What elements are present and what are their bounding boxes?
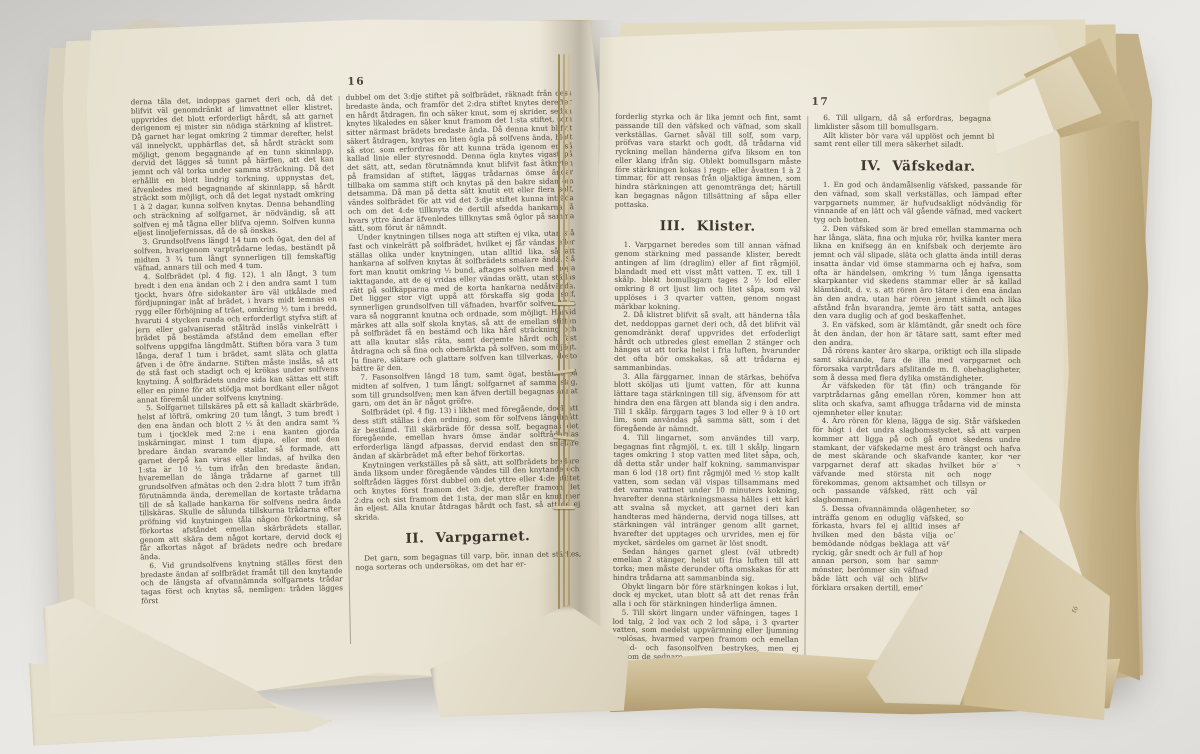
paragraph: 5. Solfgarnet tillskäres på ett så kalla… [137,400,342,562]
section-heading-varpgarnet: II. Varpgarnet. [355,527,581,548]
paragraph: Då rörens kanter äro skarpa, oriktigt oc… [813,347,1021,383]
paragraph: 1. En god och ändamålsenlig väfsked, pas… [814,181,1022,226]
paragraph: 1. Varpgarnet beredes som till annan väf… [614,241,800,312]
paragraph: Under knytningen tillses noga att stifte… [348,229,577,374]
left-page-column-2: dubbel om det 3:dje stiftet på solfbräde… [346,89,584,660]
left-col2-after: Det garn, som begagnas till varp, bör, i… [355,550,581,572]
paragraph: 4. Till lingarnet, som användes till var… [613,434,800,549]
paragraph: Är väfskeden för tät (fin) och trängande… [813,382,1021,418]
left-page-column-1: derna tåla det, indoppas garnet deri och… [131,94,345,650]
section-heading-klister: III. Klister. [615,218,801,235]
paragraph: Sedan hänges garnet glest (väl utbredt) … [613,547,799,583]
left-page: 16 derna tåla det, indoppas garnet deri … [83,15,611,696]
left-page-number: 16 [130,71,582,92]
binding-thread [563,54,565,670]
paragraph: forderlig styrka och är lika jemnt och f… [615,113,802,210]
right-col2-before: 6. Till ullgarn, då så erfordras, begagn… [814,114,1022,150]
paragraph: dubbel om det 3:dje stiftet på solfbräde… [346,89,575,234]
binding-threads [556,54,574,670]
paragraph: Solfbrädet (pl. 4 fig. 13) i likhet med … [352,404,579,461]
left-col2-before: dubbel om det 3:dje stiftet på solfbräde… [346,89,581,522]
stitch-knot [553,302,575,305]
right-col1-after: 1. Varpgarnet beredes som till annan väf… [612,241,800,662]
paragraph: Knytningen verkställes på så sätt, att s… [353,457,580,523]
paragraph: 3. En väfsked, som är klämtändt, går sne… [813,321,1021,348]
column-rule [804,116,808,664]
paragraph: 4. Solfbrädet (pl. 4 fig. 12), 1 aln lån… [134,269,339,404]
paragraph: 3. Alla färggarner, innan de stärkas, be… [614,372,800,434]
right-page-column-1: forderlig styrka och är lika jemnt och f… [612,113,801,666]
paragraph: 2. Den väfsked som är bred emellan stamm… [813,225,1022,322]
paragraph: 3. Grundsolfvens längd 14 tum och ögat, … [134,234,337,273]
stitch-knot [553,506,575,509]
paragraph: 6. Vid grundsolfvens knytning ställes fö… [140,558,343,606]
paragraph: derna tåla det, indoppas garnet deri och… [131,94,336,238]
paragraph: Allt klister bör vara väl upplöst och je… [814,131,1022,150]
left-page-columns: derna tåla det, indoppas garnet deri och… [131,89,595,664]
right-col1-before: forderlig styrka och är lika jemnt och f… [615,113,802,210]
binding-thread [568,54,570,670]
paragraph: 2. Då klistret blifvit så svalt, att hän… [614,311,800,373]
left-page-text-block: 16 derna tåla det, indoppas garnet deri … [130,71,594,664]
section-heading-vafskedar: IV. Väfskedar. [814,158,1022,175]
paragraph: Obykt lingarn bör före stärkningen kokas… [613,582,799,609]
binding-thread [558,54,560,670]
right-page-number: 17 [615,95,1025,109]
paragraph: Det garn, som begagnas till varp, bör, i… [355,550,581,572]
photo-of-open-book: { "photo": { "description": "Open antiqu… [0,0,1200,754]
